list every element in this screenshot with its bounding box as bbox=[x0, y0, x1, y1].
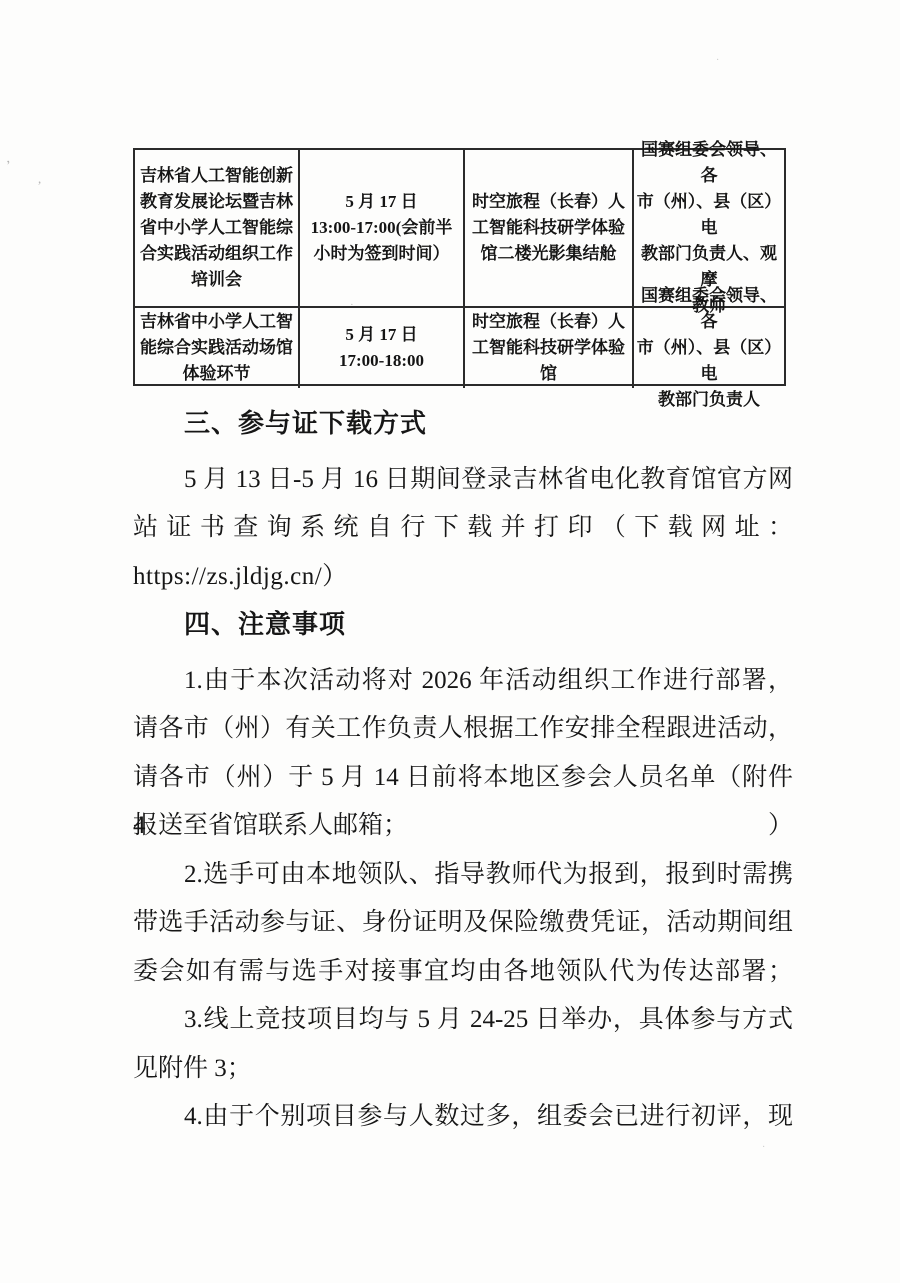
scan-artifact: · bbox=[716, 56, 719, 66]
scan-artifact: ’ bbox=[6, 160, 13, 175]
note-3-line: 3.线上竞技项目均与 5 月 24-25 日举办，具体参与方式 bbox=[133, 996, 793, 1045]
paragraph-line: 站证书查询系统自行下载并打印（下载网址： bbox=[133, 504, 793, 553]
note-1-line: 请各市（州）于 5 月 14 日前将本地区参会人员名单（附件 4） bbox=[133, 754, 793, 803]
note-2-line: 2.选手可由本地领队、指导教师代为报到，报到时需携 bbox=[133, 851, 793, 900]
paragraph-line: 5 月 13 日-5 月 16 日期间登录吉林省电化教育馆官方网 bbox=[133, 456, 793, 505]
scan-artifact: · bbox=[350, 300, 354, 311]
scan-artifact: , bbox=[38, 172, 41, 185]
scanned-document-page: 吉林省人工智能创新 教育发展论坛暨吉林 省中小学人工智能综 合实践活动组织工作 … bbox=[0, 0, 900, 1283]
note-4-line: 4.由于个别项目参与人数过多，组委会已进行初评，现 bbox=[133, 1093, 793, 1142]
event-schedule-table: 吉林省人工智能创新 教育发展论坛暨吉林 省中小学人工智能综 合实践活动组织工作 … bbox=[133, 148, 786, 386]
table-cell-participants-row2: 国赛组委会领导、各 市（州）、县（区）电 教部门负责人 bbox=[634, 308, 784, 388]
table-cell-activity-row1: 吉林省人工智能创新 教育发展论坛暨吉林 省中小学人工智能综 合实践活动组织工作 … bbox=[135, 150, 300, 308]
note-3-line: 见附件 3； bbox=[133, 1045, 793, 1094]
note-2-line: 带选手活动参与证、身份证明及保险缴费凭证，活动期间组 bbox=[133, 899, 793, 948]
scan-artifact: · bbox=[762, 1143, 765, 1153]
section-4-heading: 四、注意事项 bbox=[133, 601, 793, 650]
document-body: 三、参与证下载方式 5 月 13 日-5 月 16 日期间登录吉林省电化教育馆官… bbox=[133, 400, 793, 1142]
table-cell-activity-row2: 吉林省中小学人工智 能综合实践活动场馆 体验环节 bbox=[135, 308, 300, 388]
section-3-heading: 三、参与证下载方式 bbox=[133, 400, 793, 449]
download-url-text: https://zs.jldjg.cn/） bbox=[133, 553, 793, 602]
note-2-line: 委会如有需与选手对接事宜均由各地领队代为传达部署； bbox=[133, 948, 793, 997]
table-cell-time-row1: 5 月 17 日 13:00-17:00(会前半 小时为签到时间） bbox=[300, 150, 465, 308]
note-1-line: 请各市（州）有关工作负责人根据工作安排全程跟进活动， bbox=[133, 705, 793, 754]
table-cell-venue-row2: 时空旅程（长春）人 工智能科技研学体验 馆 bbox=[465, 308, 634, 388]
table-cell-time-row2: 5 月 17 日 17:00-18:00 bbox=[300, 308, 465, 388]
table-cell-venue-row1: 时空旅程（长春）人 工智能科技研学体验 馆二楼光影集结舱 bbox=[465, 150, 634, 308]
note-1-line: 1.由于本次活动将对 2026 年活动组织工作进行部署， bbox=[133, 657, 793, 706]
